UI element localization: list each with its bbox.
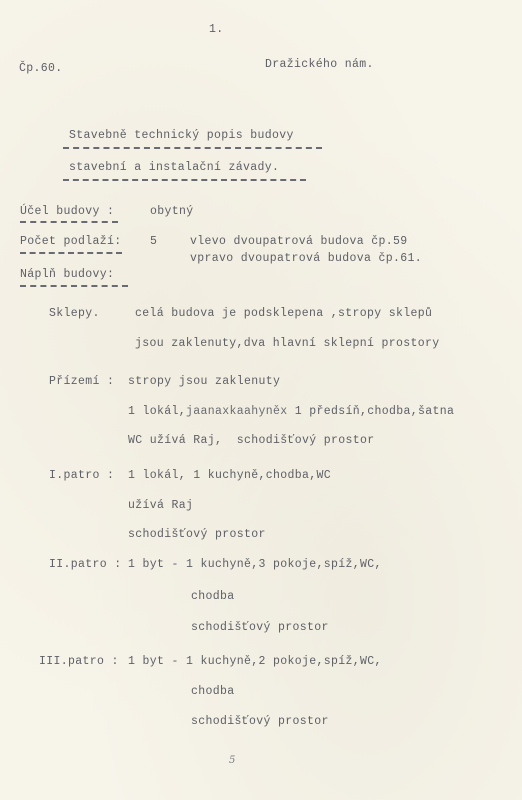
floors-note-right: vpravo dvoupatrová budova čp.61.	[190, 252, 422, 266]
floor-3-label: III.patro :	[39, 655, 119, 669]
floor-1-line-3: schodišťový prostor	[128, 528, 266, 542]
ground-floor-line-2: 1 lokál,jaanaxkaahyněx 1 předsíň,chodba,…	[128, 405, 454, 419]
floor-3-line-1: 1 byt - 1 kuchyně,2 pokoje,spíž,WC,	[128, 655, 382, 669]
title-line-2: stavební a instalační závady.	[69, 161, 279, 175]
content-underline	[20, 285, 128, 287]
floor-2-line-3: schodišťový prostor	[191, 621, 329, 635]
floor-1-label: I.patro :	[49, 469, 114, 483]
struck-out-text: jaanaxkaahyněx	[186, 405, 288, 418]
purpose-label: Účel budovy :	[20, 205, 114, 219]
cellars-label: Sklepy.	[49, 307, 100, 321]
street-name: Dražického nám.	[265, 58, 374, 72]
floor-2-line-1: 1 byt - 1 kuchyně,3 pokoje,spíž,WC,	[128, 558, 382, 572]
content-label: Náplň budovy:	[20, 268, 114, 282]
floor-1-line-2: užívá Raj	[128, 499, 193, 513]
floors-value: 5	[150, 235, 157, 249]
floor-2-line-2: chodba	[191, 590, 235, 604]
title-underline-1	[63, 147, 322, 149]
title-line-1: Stavebně technický popis budovy	[69, 129, 294, 143]
ground-line-2-start: 1 lokál,	[128, 405, 186, 418]
floor-3-line-2: chodba	[191, 685, 235, 699]
document-page: 1. Čp.60. Dražického nám. Stavebně techn…	[0, 0, 522, 800]
page-number-top: 1.	[209, 23, 224, 37]
floors-note-left: vlevo dvoupatrová budova čp.59	[190, 235, 408, 249]
floor-3-line-3: schodišťový prostor	[191, 715, 329, 729]
ground-floor-line-1: stropy jsou zaklenuty	[128, 375, 280, 389]
floors-label: Počet podlaží:	[20, 235, 122, 249]
ground-floor-label: Přízemí :	[49, 375, 114, 389]
house-number: Čp.60.	[19, 62, 63, 76]
ground-floor-line-3: WC užívá Raj, schodišťový prostor	[128, 434, 375, 448]
floor-1-line-1: 1 lokál, 1 kuchyně,chodba,WC	[128, 469, 331, 483]
purpose-underline	[20, 221, 118, 223]
ground-line-2-end: 1 předsíň,chodba,šatna	[288, 405, 455, 418]
cellars-line-2: jsou zaklenuty,dva hlavní sklepní prosto…	[135, 337, 440, 351]
title-underline-2	[63, 179, 306, 181]
purpose-value: obytný	[150, 205, 194, 219]
floors-underline	[20, 252, 122, 254]
floor-2-label: II.patro :	[49, 558, 122, 572]
handwritten-page-number: 5	[229, 755, 235, 766]
cellars-line-1: celá budova je podsklepena ,stropy sklep…	[135, 307, 432, 321]
